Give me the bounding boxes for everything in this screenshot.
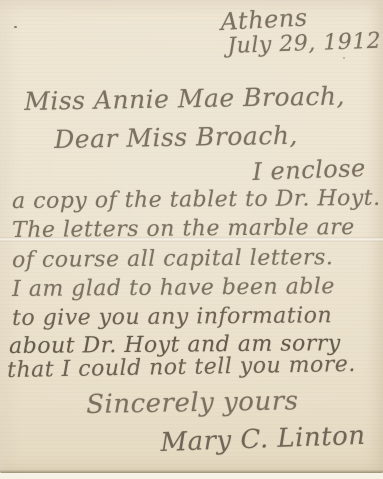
letter-signature: Mary C. Linton (160, 423, 366, 456)
letter-body-line: I am glad to have been able (12, 276, 335, 301)
letter-body-line: The letters on the marble are (12, 217, 355, 242)
letter-date: July 29, 1912 (227, 31, 382, 58)
scanned-letter-image: Athens July 29, 1912 Miss Annie Mae Broa… (0, 0, 383, 479)
letter-salutation: Dear Miss Broach, (54, 123, 298, 152)
letter-body-line: to give you any information (12, 305, 332, 330)
letter-closing: Sincerely yours (86, 388, 299, 418)
letter-body-line: a copy of the tablet to Dr. Hoyt. (12, 188, 381, 213)
letter-paper: Athens July 29, 1912 Miss Annie Mae Broa… (0, 0, 383, 473)
letter-recipient: Miss Annie Mae Broach, (24, 83, 345, 114)
scanner-background (0, 473, 383, 479)
paper-speck (343, 57, 345, 59)
letter-body-line: I enclose (252, 156, 366, 184)
paper-speck (14, 26, 17, 28)
letter-body-line: of course all capital letters. (12, 247, 333, 272)
letter-body-line: that I could not tell you more. (7, 354, 356, 382)
letter-place: Athens (220, 5, 308, 34)
